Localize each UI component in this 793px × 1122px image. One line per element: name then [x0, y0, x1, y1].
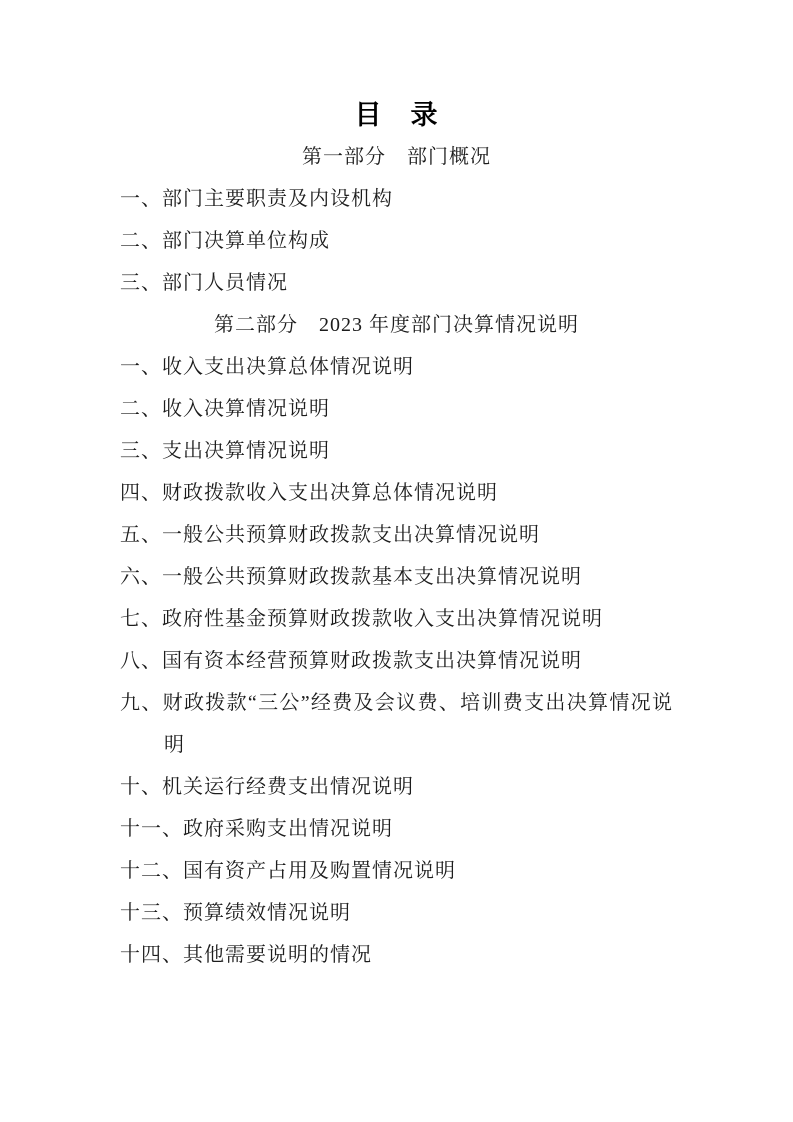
toc-entry-part2-7: 七、政府性基金预算财政拨款收入支出决算情况说明	[120, 598, 673, 640]
toc-entry-part1-2: 二、部门决算单位构成	[120, 220, 673, 262]
toc-entry-part2-13: 十三、预算绩效情况说明	[120, 892, 673, 934]
toc-entry-part2-10: 十、机关运行经费支出情况说明	[120, 766, 673, 808]
toc-entry-part2-12: 十二、国有资产占用及购置情况说明	[120, 850, 673, 892]
toc-entry-part2-4: 四、财政拨款收入支出决算总体情况说明	[120, 472, 673, 514]
page-title: 目 录	[120, 94, 673, 136]
document-page: 目 录 第一部分 部门概况 一、部门主要职责及内设机构 二、部门决算单位构成 三…	[0, 0, 793, 1122]
toc-entry-part2-2: 二、收入决算情况说明	[120, 388, 673, 430]
toc-entry-part1-3: 三、部门人员情况	[120, 262, 673, 304]
toc-entry-part2-5: 五、一般公共预算财政拨款支出决算情况说明	[120, 514, 673, 556]
section-2-heading: 第二部分 2023 年度部门决算情况说明	[120, 304, 673, 346]
toc-entry-part2-11: 十一、政府采购支出情况说明	[120, 808, 673, 850]
toc-entry-part2-3: 三、支出决算情况说明	[120, 430, 673, 472]
toc-entry-part2-8: 八、国有资本经营预算财政拨款支出决算情况说明	[120, 640, 673, 682]
toc-entry-part2-14: 十四、其他需要说明的情况	[120, 934, 673, 976]
toc-entry-part2-1: 一、收入支出决算总体情况说明	[120, 346, 673, 388]
section-1-heading: 第一部分 部门概况	[120, 136, 673, 178]
toc-entry-part1-1: 一、部门主要职责及内设机构	[120, 178, 673, 220]
toc-entry-part2-9: 九、财政拨款“三公”经费及会议费、培训费支出决算情况说明	[120, 682, 673, 766]
toc-entry-part2-6: 六、一般公共预算财政拨款基本支出决算情况说明	[120, 556, 673, 598]
